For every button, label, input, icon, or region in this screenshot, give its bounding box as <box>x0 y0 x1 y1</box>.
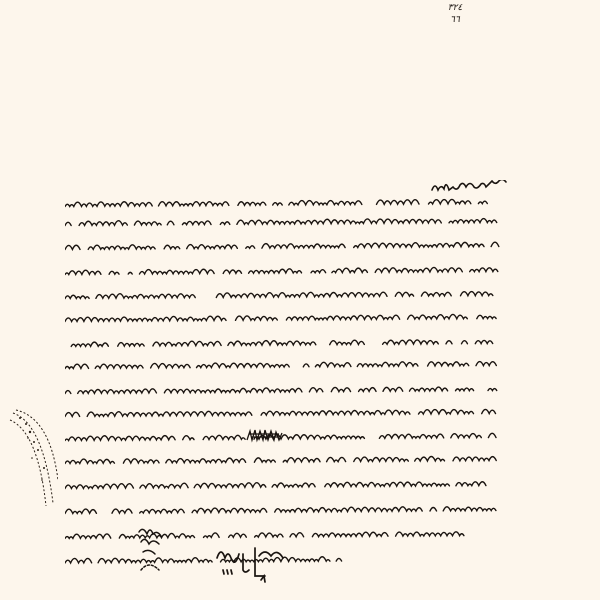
left-margin-signature <box>135 522 165 582</box>
handwritten-line <box>65 381 500 398</box>
manuscript-page: ٣٢٤ ٦٦ [handwritten salutation] [ink sta… <box>0 0 600 600</box>
handwritten-line <box>65 286 500 303</box>
handwritten-line <box>65 194 500 211</box>
salutation: [handwritten salutation] <box>430 180 510 194</box>
reference-number-sub: ٦٦ <box>440 14 470 26</box>
handwritten-line <box>65 262 500 279</box>
handwritten-line <box>65 213 500 230</box>
inline-ink-stamp: [ink stamp] <box>245 428 285 444</box>
handwritten-line <box>65 501 500 518</box>
date-and-signature: [handwritten date] ٦ [handwritten signat… <box>215 540 295 588</box>
handwritten-line <box>65 552 350 568</box>
handwritten-line <box>65 334 500 351</box>
handwritten-line <box>65 404 500 421</box>
handwritten-line <box>65 237 500 254</box>
margin-seal-impression: [faded seal impression] <box>8 408 58 508</box>
reference-number: ٣٢٤ ٦٦ <box>440 2 470 26</box>
handwritten-line <box>65 356 500 373</box>
reference-number-main: ٣٢٤ <box>440 2 470 14</box>
handwritten-line <box>65 451 500 468</box>
handwritten-line <box>65 476 500 493</box>
handwritten-line <box>65 309 500 326</box>
salutation-ink <box>430 180 510 194</box>
